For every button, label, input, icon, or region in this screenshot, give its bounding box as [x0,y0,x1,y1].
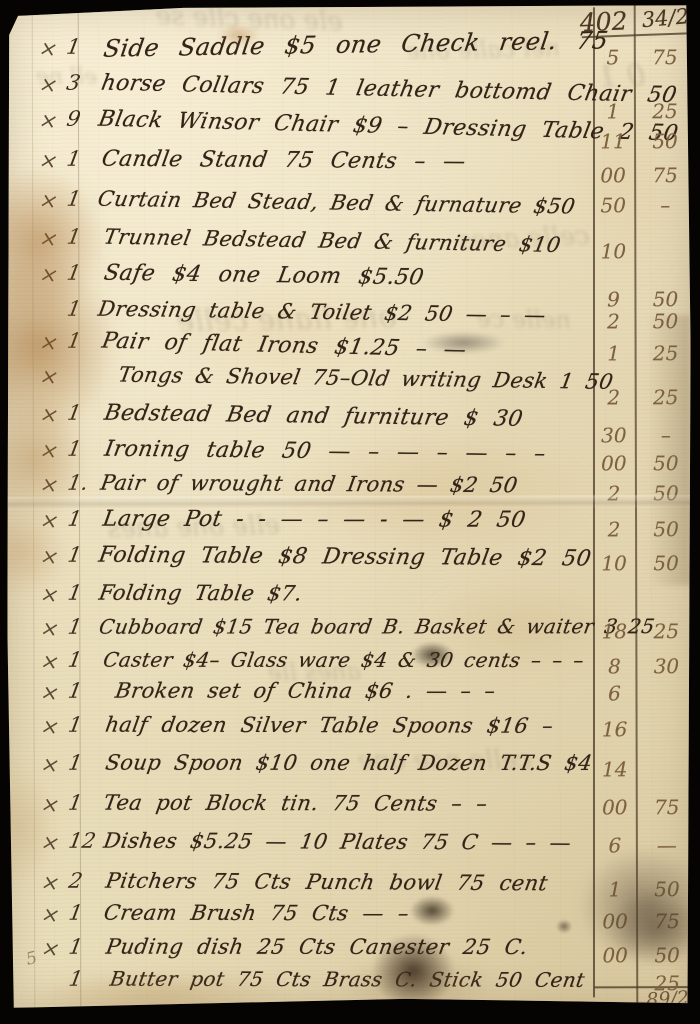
row-quantity: 1 [67,791,85,815]
row-description: Butter pot 75 Cts Brass C. Stick 50 Cent [108,967,586,992]
tally-x-mark: × [37,108,61,134]
tally-x-mark: × [38,472,62,498]
row-quantity: 1 [65,35,83,59]
row-cents: 50 [642,877,692,901]
tally-x-mark: × [36,72,60,98]
tally-x-mark: × [37,402,61,428]
ledger-rows: ×1Side Saddle $5 one Check reel. 75575×3… [6,5,690,7]
row-quantity: 1 [65,187,83,211]
ledger-row: ×12Dishes $5.25 — 10 Plates 75 C — – —6— [8,827,692,869]
row-description: Tea pot Block tin. 75 Cents – – [102,791,489,816]
header-cents-total: 34/2 [641,4,690,32]
row-dollars: 6 [596,833,634,857]
row-cents: 50 [641,551,691,575]
ledger-row: ×1half dozen Silver Table Spoons $16 –16 [8,711,692,753]
row-cents: – [640,193,690,217]
row-description: Side Saddle $5 one Check reel. 75 [102,26,610,62]
row-quantity: 1 [65,147,83,171]
row-description: Black Winsor Chair $9 – Dressing Table 2… [96,107,680,147]
row-description: Cream Brush 75 Cts — – [102,901,411,926]
row-cents: 30 [641,654,691,678]
row-dollars: 1 [596,877,634,901]
row-quantity: 12 [67,829,98,853]
row-dollars: 00 [596,909,634,933]
row-quantity: 1 [66,543,84,567]
tally-x-mark: × [38,830,62,856]
row-dollars: 2 [595,517,633,541]
tally-x-mark: × [38,792,62,818]
row-quantity: 1 [66,713,84,737]
row-description: Tongs & Shovel 75–Old writing Desk 1 50 [116,363,615,394]
row-dollars: 14 [596,757,634,781]
ledger-row: 1Butter pot 75 Cts Brass C. Stick 50 Cen… [8,965,692,1007]
row-cents: — [642,833,692,857]
tally-x-mark: × [38,616,62,642]
row-dollars: 00 [596,943,634,967]
row-dollars: 10 [595,551,633,575]
ledger-row: ×1Candle Stand 75 Cents – —0075 [6,145,690,187]
tally-x-mark: × [38,544,62,570]
row-quantity: 1 [66,615,84,639]
tally-x-mark: × [39,936,63,962]
row-description: Broken set of China $6 . — – – [114,679,498,703]
row-quantity: 1 [67,901,85,925]
row-cents: 75 [642,795,692,819]
row-dollars: 18 [595,619,633,643]
tally-x-mark: × [37,330,61,356]
row-dollars: 16 [596,717,634,741]
stains-layer [6,5,690,7]
row-quantity: 1 [66,679,84,703]
row-description: Folding Table $8 Dressing Table $2 50 [97,543,593,572]
row-quantity: 1 [67,967,85,991]
row-cents: 50 [642,943,692,967]
tally-x-mark: × [37,438,61,464]
row-cents: 50 [641,517,691,541]
row-quantity: 1 [66,401,84,425]
row-description: Cubboard $15 Tea board B. Basket & waite… [98,614,657,638]
row-description: Curtain Bed Stead, Bed & furnature $50 [96,187,577,219]
row-dollars: 50 [594,193,632,217]
row-cents: 75 [642,909,692,933]
tally-x-mark: × [36,36,60,62]
ledger-row: ×1Folding Table $8 Dressing Table $2 501… [7,541,691,583]
tally-x-mark: × [37,226,61,252]
tally-x-mark: × [39,902,63,928]
tally-x-mark: × [38,649,62,675]
ledger-row: ×Tongs & Shovel 75–Old writing Desk 1 50… [7,361,691,403]
row-cents: 25 [641,619,691,643]
row-quantity: 1 [65,225,83,249]
tally-x-mark: × [37,188,61,214]
tally-x-mark: × [37,148,61,174]
row-dollars: 6 [595,681,633,705]
tally-x-mark: × [38,508,62,534]
row-dollars: 00 [596,795,634,819]
tally-x-mark: × [39,870,63,896]
manuscript-page: 402 34/2 ×1Side Saddle $5 one Check reel… [6,5,693,1008]
row-quantity: 1 [67,751,85,775]
row-dollars: 2 [595,481,633,505]
row-description: Safe $4 one Loom $5.50 [102,261,426,291]
tally-x-mark: × [38,752,62,778]
bleedthrough-layer: ele one clle senel calle oneell necelle … [6,5,690,7]
row-quantity: 2 [67,869,85,893]
photo-background: 402 34/2 ×1Side Saddle $5 one Check reel… [0,0,700,1024]
row-quantity: 1 [66,648,84,672]
row-cents: 75 [640,45,690,69]
ledger-row: ×9Black Winsor Chair $9 – Dressing Table… [6,105,690,147]
grand-total: 89/2 [646,987,690,1011]
tally-x-mark: × [38,680,62,706]
row-description: Ironing table 50 — – — – — – – [103,437,548,467]
row-quantity: 1 [66,507,84,531]
row-dollars: 00 [594,163,632,187]
row-description: Candle Stand 75 Cents – — [100,147,468,175]
row-quantity: 9 [65,107,83,131]
row-quantity: 3 [65,71,83,95]
row-description: Caster $4– Glass ware $4 & 30 cents – – … [102,648,586,672]
row-quantity: 1 [66,437,84,461]
row-quantity: 1. [66,471,90,495]
tally-x-mark: × [37,262,61,288]
row-description: Large Pot - - — – — - — $ 2 50 [101,507,528,533]
row-description: Trunnel Bedstead Bed & furniture $10 [102,225,563,257]
row-description: Dressing table & Toilet $2 50 — – — [96,297,548,328]
row-quantity: 1 [67,935,85,959]
row-cents: 75 [640,163,690,187]
row-quantity: 1 [65,261,83,285]
row-description: horse Collars 75 1 leather bottomd Chair… [99,71,678,108]
row-quantity: 1 [65,329,83,353]
ledger-row: ×1Soup Spoon $10 one half Dozen T.T.S $4… [8,749,692,791]
tally-x-mark: × [38,582,62,608]
row-quantity: 1 [66,581,84,605]
row-description: Puding dish 25 Cts Canester 25 C. [104,935,529,959]
row-description: Pair of wrought and Irons — $2 50 [99,471,520,498]
row-description: Folding Table $7. [97,581,304,606]
ledger-row: ×1Tea pot Block tin. 75 Cents – –0075 [8,789,692,831]
row-cents: 50 [641,481,691,505]
row-description: Soup Spoon $10 one half Dozen T.T.S $4 [104,751,594,775]
row-dollars: 8 [595,654,633,678]
row-description: Bedstead Bed and furniture $ 30 [102,401,524,432]
ledger-row: ×1Curtain Bed Stead, Bed & furnature $50… [6,185,690,227]
tally-x-mark: × [37,364,61,390]
row-quantity: 1 [65,297,83,321]
tally-x-mark: × [38,714,62,740]
row-description: half dozen Silver Table Spoons $16 – [104,713,556,738]
row-dollars: 5 [594,45,632,69]
row-description: Dishes $5.25 — 10 Plates 75 C — – — [102,829,573,855]
row-description: Pair of flat Irons $1.25 – — [100,329,469,363]
row-description: Pitchers 75 Cts Punch bowl 75 cent [104,869,550,896]
